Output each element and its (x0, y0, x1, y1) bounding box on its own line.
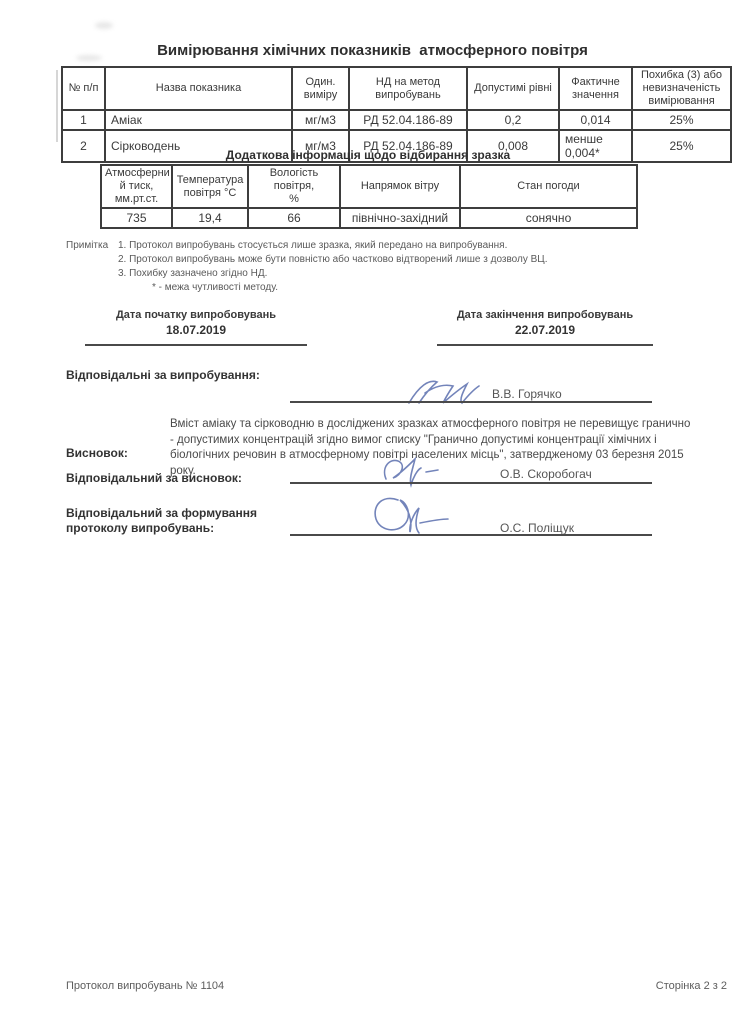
sampling-table-title: Додаткова інформація щодо відбирання зра… (100, 148, 636, 162)
header-cell-temperature: Температура повітря °С (172, 165, 248, 208)
sampling-header-row: Атмосферни й тиск, мм.рт.ст. Температура… (101, 165, 637, 208)
table-cell: 735 (101, 208, 172, 228)
header-cell-number: № п/п (62, 67, 105, 110)
table-cell: сонячно (460, 208, 637, 228)
notes-label: Примітка (66, 239, 118, 253)
table-cell: мг/м3 (292, 110, 349, 130)
notes-block: Примітка 1. Протокол випробувань стосуєт… (66, 239, 626, 295)
table-cell: 0,014 (559, 110, 632, 130)
table-cell: північно-західний (340, 208, 460, 228)
note-footnote: * - межа чутливості методу. (66, 281, 626, 295)
header-cell-humidity: Вологість повітря, % (248, 165, 340, 208)
scan-artifact-smudge (95, 22, 113, 29)
header-cell-weather: Стан погоди (460, 165, 637, 208)
table-row: 1 Аміак мг/м3 РД 52.04.186-89 0,2 0,014 … (62, 110, 731, 130)
footer-protocol-number: Протокол випробувань № 1104 (66, 980, 224, 992)
header-cell-actual: Фактичне значення (559, 67, 632, 110)
header-cell-unit: Один. виміру (292, 67, 349, 110)
signature-line (290, 482, 652, 484)
end-date-label: Дата закінчення випробовувань (437, 308, 653, 322)
table-cell: Аміак (105, 110, 292, 130)
table-cell: 66 (248, 208, 340, 228)
sampling-table: Атмосферни й тиск, мм.рт.ст. Температура… (100, 164, 638, 229)
responsible-protocol-name: О.С. Поліщук (500, 521, 574, 535)
responsible-tests-name: В.В. Горячко (492, 387, 562, 401)
note-item: 3. Похибку зазначено згідно НД. (66, 267, 626, 281)
signature-line (290, 534, 652, 536)
header-cell-pressure: Атмосферни й тиск, мм.рт.ст. (101, 165, 172, 208)
test-end-date-block: Дата закінчення випробовувань 22.07.2019 (437, 308, 653, 346)
table-cell: 2 (62, 130, 105, 162)
table-cell: 19,4 (172, 208, 248, 228)
table-row: 735 19,4 66 північно-західний сонячно (101, 208, 637, 228)
table-cell: 1 (62, 110, 105, 130)
table-cell: РД 52.04.186-89 (349, 110, 467, 130)
header-cell-allowed: Допустимі рівні (467, 67, 559, 110)
scan-artifact-line (56, 70, 58, 142)
table-cell: 0,2 (467, 110, 559, 130)
table-cell: 25% (632, 130, 731, 162)
conclusion-label: Висновок: (66, 446, 128, 461)
start-date-value: 18.07.2019 (85, 322, 307, 339)
responsible-conclusion-name: О.В. Скоробогач (500, 467, 592, 481)
measurements-header-row: № п/п Назва показника Один. виміру НД на… (62, 67, 731, 110)
start-date-label: Дата початку випробовувань (85, 308, 307, 322)
note-item: 2. Протокол випробувань може бути повніс… (66, 253, 626, 267)
note-item: 1. Протокол випробувань стосується лише … (118, 239, 507, 253)
table-cell: 25% (632, 110, 731, 130)
header-cell-indicator: Назва показника (105, 67, 292, 110)
end-date-value: 22.07.2019 (437, 322, 653, 339)
responsible-conclusion-label: Відповідальний за висновок: (66, 471, 242, 486)
page-title: Вимірювання хімічних показників атмосфер… (30, 42, 715, 59)
header-cell-wind: Напрямок вітру (340, 165, 460, 208)
scanned-protocol-page: Вимірювання хімічних показників атмосфер… (0, 0, 745, 1023)
header-cell-error: Похибка (3) або невизначеність вимірюван… (632, 67, 731, 110)
signature-line (290, 401, 652, 403)
signature-polishchuk-scribble (368, 492, 458, 540)
test-start-date-block: Дата початку випробовувань 18.07.2019 (85, 308, 307, 346)
responsible-tests-label: Відповідальні за випробування: (66, 368, 260, 383)
footer-page-number: Сторінка 2 з 2 (656, 980, 727, 992)
header-cell-method: НД на метод випробувань (349, 67, 467, 110)
responsible-protocol-label: Відповідальний за формування протоколу в… (66, 506, 257, 536)
